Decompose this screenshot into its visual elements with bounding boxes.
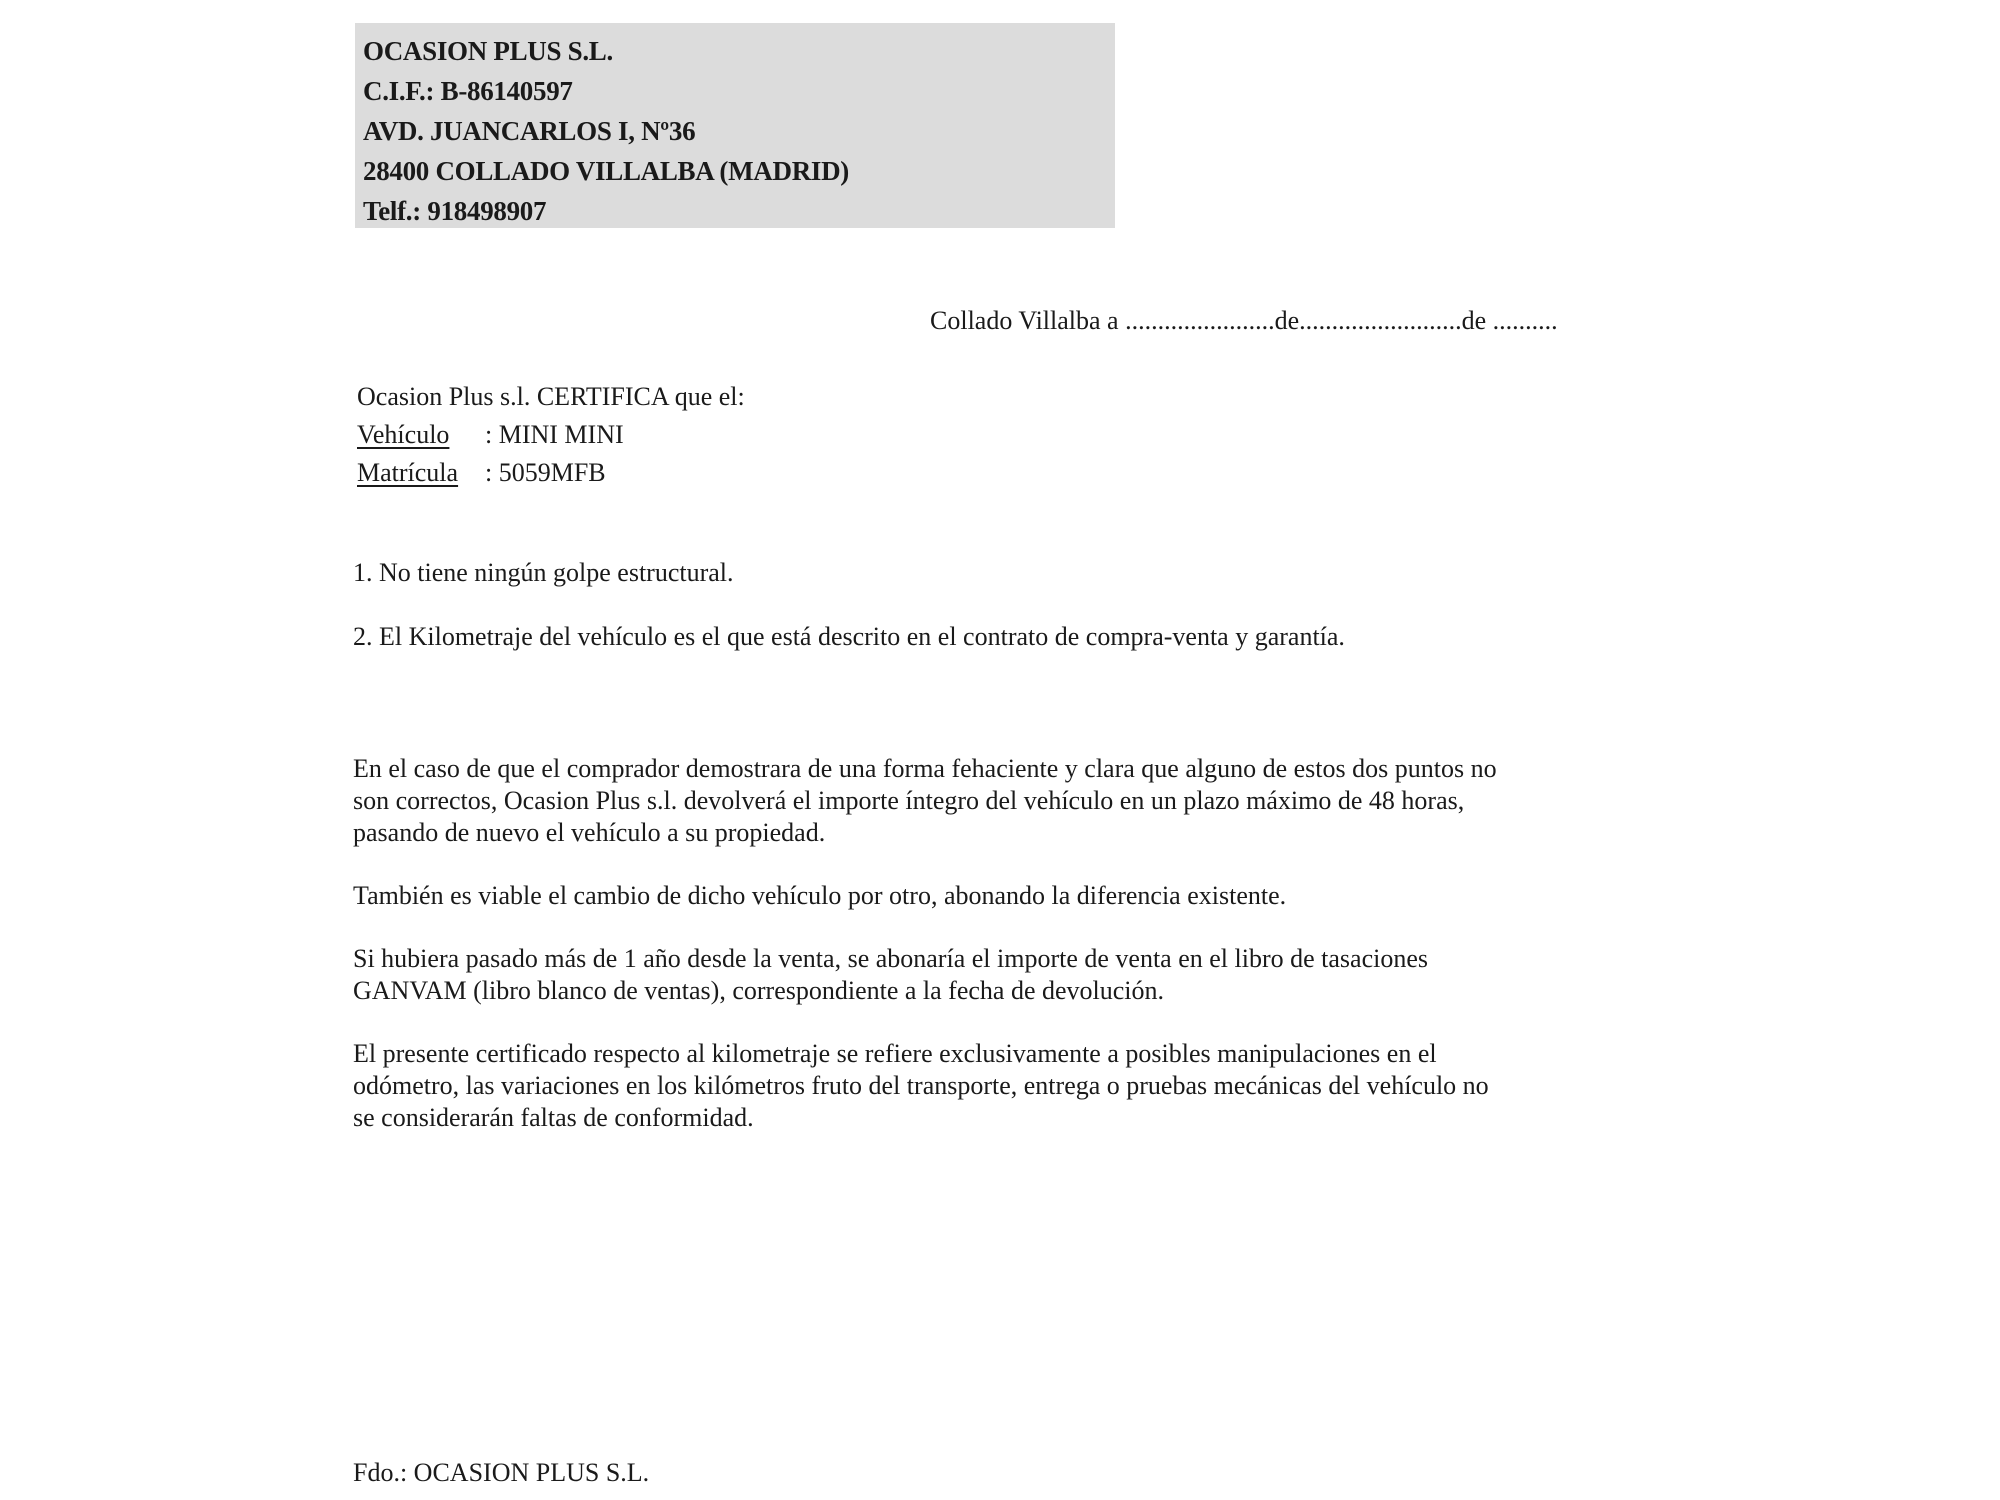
terms-paragraphs: En el caso de que el comprador demostrar… (353, 753, 1653, 1165)
plate-field: Matrícula : 5059MFB (357, 454, 745, 492)
plate-label: Matrícula (357, 454, 485, 492)
certificate-document: OCASION PLUS S.L. C.I.F.: B-86140597 AVD… (0, 0, 2000, 1500)
vehicle-label: Vehículo (357, 416, 485, 454)
paragraph-one-year: Si hubiera pasado más de 1 año desde la … (353, 943, 1653, 1007)
paragraph-line: En el caso de que el comprador demostrar… (353, 753, 1653, 785)
signature-line: Fdo.: OCASION PLUS S.L. (353, 1455, 649, 1491)
company-address: AVD. JUANCARLOS I, Nº36 (363, 111, 1115, 151)
certification-block: Ocasion Plus s.l. CERTIFICA que el: Vehí… (357, 378, 745, 492)
paragraph-line: GANVAM (libro blanco de ventas), corresp… (353, 975, 1653, 1007)
company-header-box: OCASION PLUS S.L. C.I.F.: B-86140597 AVD… (355, 23, 1115, 228)
paragraph-line: odómetro, las variaciones en los kilómet… (353, 1070, 1653, 1102)
paragraph-exchange: También es viable el cambio de dicho veh… (353, 880, 1653, 912)
plate-value: : 5059MFB (485, 454, 606, 492)
vehicle-field: Vehículo : MINI MINI (357, 416, 745, 454)
company-name: OCASION PLUS S.L. (363, 31, 1115, 71)
paragraph-refund: En el caso de que el comprador demostrar… (353, 753, 1653, 849)
vehicle-value: : MINI MINI (485, 416, 624, 454)
certified-points: 1. No tiene ningún golpe estructural. 2.… (353, 555, 1345, 683)
point-item: 1. No tiene ningún golpe estructural. (353, 555, 1345, 591)
company-phone: Telf.: 918498907 (363, 191, 1115, 231)
paragraph-line: El presente certificado respecto al kilo… (353, 1038, 1653, 1070)
company-cif: C.I.F.: B-86140597 (363, 71, 1115, 111)
paragraph-line: son correctos, Ocasion Plus s.l. devolve… (353, 785, 1653, 817)
certification-intro: Ocasion Plus s.l. CERTIFICA que el: (357, 378, 745, 416)
paragraph-line: También es viable el cambio de dicho veh… (353, 880, 1653, 912)
paragraph-line: pasando de nuevo el vehículo a su propie… (353, 817, 1653, 849)
paragraph-mileage: El presente certificado respecto al kilo… (353, 1038, 1653, 1134)
company-city: 28400 COLLADO VILLALBA (MADRID) (363, 151, 1115, 191)
paragraph-line: se considerarán faltas de conformidad. (353, 1102, 1653, 1134)
date-line: Collado Villalba a .....................… (930, 303, 1558, 339)
point-item: 2. El Kilometraje del vehículo es el que… (353, 619, 1345, 655)
paragraph-line: Si hubiera pasado más de 1 año desde la … (353, 943, 1653, 975)
